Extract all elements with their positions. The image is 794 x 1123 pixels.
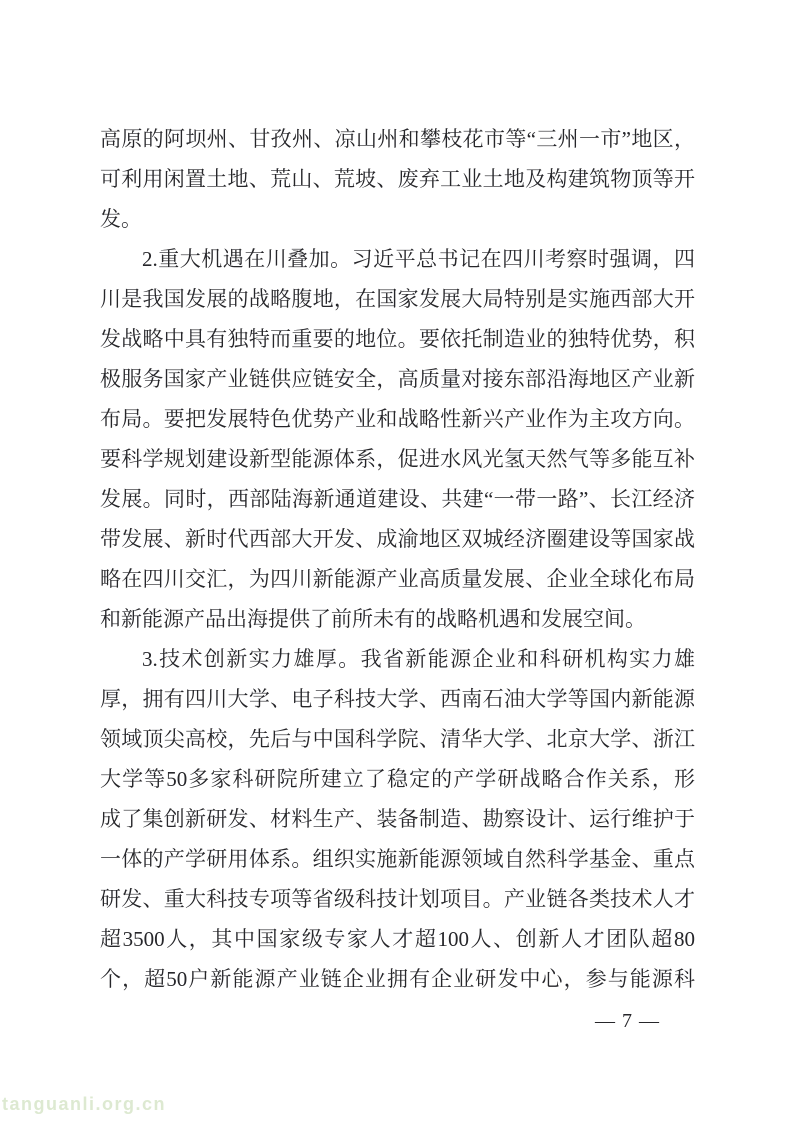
document-page: 高原的阿坝州、甘孜州、凉山州和攀枝花市等“三州一市”地区， 可利用闲置土地、荒山…: [0, 0, 794, 1123]
text-line: 个，超50户新能源产业链企业拥有企业研发中心，参与能源科: [100, 959, 695, 999]
text-line: 川是我国发展的战略腹地，在国家发展大局特别是实施西部大开: [100, 279, 695, 319]
text-line: 成了集创新研发、材料生产、装备制造、勘察设计、运行维护于: [100, 799, 695, 839]
paragraph: 高原的阿坝州、甘孜州、凉山州和攀枝花市等“三州一市”地区， 可利用闲置土地、荒山…: [100, 119, 695, 239]
text-line: 发战略中具有独特而重要的地位。要依托制造业的独特优势，积: [100, 319, 695, 359]
text-line: 厚，拥有四川大学、电子科技大学、西南石油大学等国内新能源: [100, 679, 695, 719]
text-line: 研发、重大科技专项等省级科技计划项目。产业链各类技术人才: [100, 879, 695, 919]
text-line: 发。: [100, 199, 695, 239]
text-line: 要科学规划建设新型能源体系，促进水风光氢天然气等多能互补: [100, 439, 695, 479]
text-line: 大学等50多家科研院所建立了稳定的产学研战略合作关系，形: [100, 759, 695, 799]
text-line: 布局。要把发展特色优势产业和战略性新兴产业作为主攻方向。: [100, 399, 695, 439]
document-body: 高原的阿坝州、甘孜州、凉山州和攀枝花市等“三州一市”地区， 可利用闲置土地、荒山…: [100, 119, 695, 999]
text-line: 可利用闲置土地、荒山、荒坡、废弃工业土地及构建筑物顶等开: [100, 159, 695, 199]
page-number: — 7 —: [595, 1008, 660, 1034]
text-line: 极服务国家产业链供应链安全，高质量对接东部沿海地区产业新: [100, 359, 695, 399]
text-line: 高原的阿坝州、甘孜州、凉山州和攀枝花市等“三州一市”地区，: [100, 119, 695, 159]
paragraph: 3.技术创新实力雄厚。我省新能源企业和科研机构实力雄 厚，拥有四川大学、电子科技…: [100, 639, 695, 999]
watermark-text: tanguanli.org.cn: [2, 1094, 166, 1115]
text-line: 3.技术创新实力雄厚。我省新能源企业和科研机构实力雄: [100, 639, 695, 679]
text-line: 领域顶尖高校，先后与中国科学院、清华大学、北京大学、浙江: [100, 719, 695, 759]
text-line: 略在四川交汇，为四川新能源产业高质量发展、企业全球化布局: [100, 559, 695, 599]
text-line: 一体的产学研用体系。组织实施新能源领域自然科学基金、重点: [100, 839, 695, 879]
text-line: 带发展、新时代西部大开发、成渝地区双城经济圈建设等国家战: [100, 519, 695, 559]
text-line: 发展。同时，西部陆海新通道建设、共建“一带一路”、长江经济: [100, 479, 695, 519]
paragraph: 2.重大机遇在川叠加。习近平总书记在四川考察时强调，四 川是我国发展的战略腹地，…: [100, 239, 695, 639]
text-line: 超3500人，其中国家级专家人才超100人、创新人才团队超80: [100, 919, 695, 959]
text-line: 和新能源产品出海提供了前所未有的战略机遇和发展空间。: [100, 599, 695, 639]
text-line: 2.重大机遇在川叠加。习近平总书记在四川考察时强调，四: [100, 239, 695, 279]
